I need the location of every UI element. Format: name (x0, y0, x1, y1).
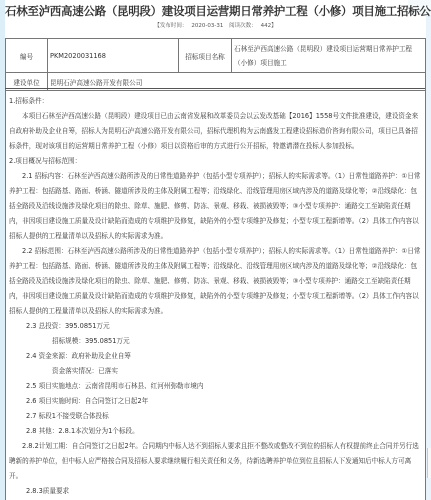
project-name-label: 招标项目名称 (179, 39, 232, 73)
project-name-value: 石林至泸西高速公路（昆明段）建设项目运营期日常养护工程（小修）项目施工 (232, 39, 426, 73)
announcement-body: 1.招标条件： 本项目石林至泸西高速公路（昆明段）建设项目已由云南省发展和改革委… (9, 94, 422, 499)
section-2-5: 2.5 项目实施地点：云南省昆明市石林县、红河州弥勒市境内 (9, 379, 422, 394)
section-2-2: 2.2 招标范围：石林至泸西高速公路所涉及的日常性道路养护（包括小型专项养护）；… (9, 244, 422, 319)
section-2-8-2: 2.8.2计划工期：自合同签订之日起2年。合同期内中标人达不到招标人要求且拒不整… (9, 439, 422, 484)
section-2-3-scale: 招标规模：395.0851万元 (9, 334, 422, 349)
section-2-1: 2.1 招标内容：石林至泸西高速公路所涉及的日常性道路养护（包括小型专项养护）；… (9, 169, 422, 244)
section-2-3: 2.3 总投资：395.0851万元 (9, 319, 422, 334)
views-label: 阅读次数： (229, 23, 257, 29)
section-1-body: 本项目石林至泸西高速公路（昆明段）建设项目已由云南省发展和改革委员会以云发改基础… (9, 109, 422, 154)
section-2-heading: 2.项目概况与招标范围： (9, 154, 422, 169)
number-label: 编号 (6, 39, 48, 73)
publish-meta: 【发布时间：2020-03-31 阅读次数：442】 (5, 21, 426, 29)
publish-time-label: 【发布时间： (154, 23, 187, 29)
section-2-7: 2.7 标段1不接受联合体投标 (9, 409, 422, 424)
scrollbar-thumb[interactable] (427, 448, 431, 478)
section-1-heading: 1.招标条件： (9, 94, 422, 109)
views-count: 442】 (261, 23, 277, 29)
scrollbar-track[interactable] (426, 0, 431, 500)
page-title: 石林至泸西高速公路（昆明段）建设项目运营期日常养护工程（小修）项目施工招标公告 (5, 3, 426, 19)
section-2-4-status: 资金落实情况：已落实 (9, 364, 422, 379)
table-row: 编号 PKM2020031168 招标项目名称 石林至泸西高速公路（昆明段）建设… (6, 39, 426, 73)
section-2-8: 2.8 其他：2.8.1本次划分为1个标段。 (9, 424, 422, 439)
section-2-6: 2.6 项目实施时间：自合同签订之日起2年 (9, 394, 422, 409)
publish-time: 2020-03-31 (191, 23, 223, 29)
section-2-8-3: 2.8.3质量要求 (9, 484, 422, 499)
info-table: 编号 PKM2020031168 招标项目名称 石林至泸西高速公路（昆明段）建设… (5, 38, 426, 91)
section-2-4: 2.4 资金来源：政府补助及企业自筹 (9, 349, 422, 364)
number-value: PKM2020031168 (48, 39, 179, 73)
content-frame-top-border (5, 88, 425, 89)
